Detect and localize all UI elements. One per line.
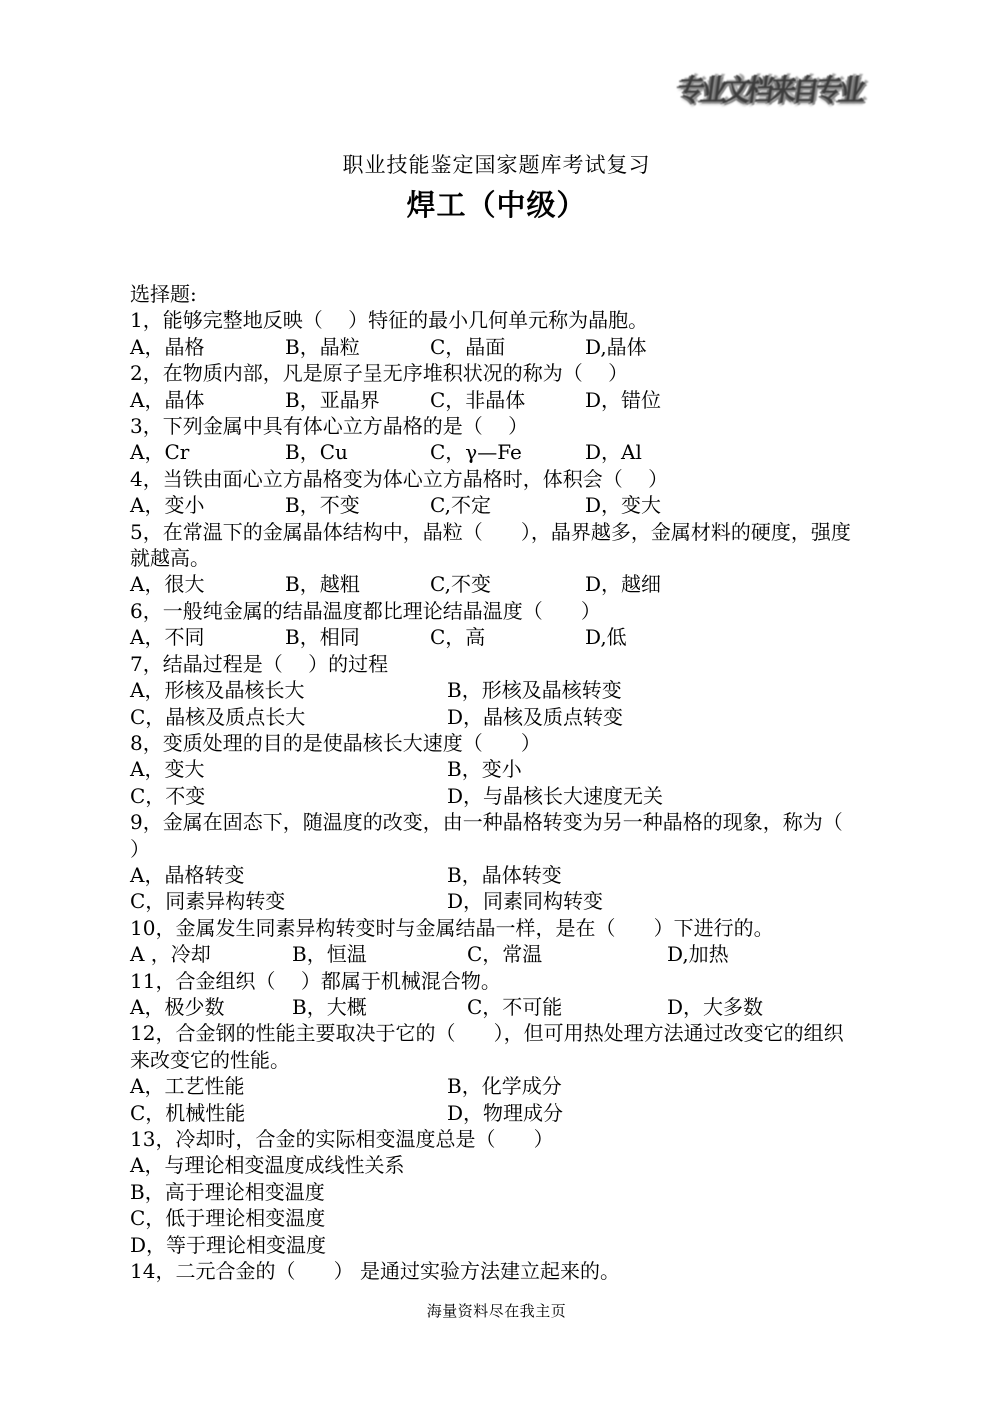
- text-segment: A，晶体: [130, 387, 285, 413]
- text-segment: A，与理论相变温度成线性关系: [130, 1153, 404, 1177]
- text-segment: A，晶格转变: [130, 862, 447, 888]
- text-segment: C，不可能: [467, 994, 667, 1020]
- text-segment: A，很大: [130, 571, 285, 597]
- text-segment: 1，能够完整地反映（ ）特征的最小几何单元称为晶胞。: [130, 308, 648, 332]
- text-segment: B，形核及晶核转变: [447, 677, 872, 703]
- option-line: A，不同B，相同C，高D,低: [130, 624, 872, 650]
- document-line: 4，当铁由面心立方晶格变为体心立方晶格时，体积会（ ）: [130, 466, 872, 492]
- text-segment: B，亚晶界: [285, 387, 430, 413]
- option-line: C，不变D，与晶核长大速度无关: [130, 783, 872, 809]
- text-segment: D，Al: [585, 439, 872, 465]
- option-line: A，极少数B，大概C，不可能D，大多数: [130, 994, 872, 1020]
- document-line: 5，在常温下的金属晶体结构中，晶粒（ ），晶界越多，金属材料的硬度，强度: [130, 519, 872, 545]
- text-segment: B，化学成分: [447, 1073, 872, 1099]
- text-segment: A，变大: [130, 756, 447, 782]
- text-segment: D，变大: [585, 492, 872, 518]
- text-segment: D,加热: [667, 941, 872, 967]
- text-segment: D，错位: [585, 387, 872, 413]
- document-line: 9，金属在固态下，随温度的改变，由一种晶格转变为另一种晶格的现象，称为（: [130, 809, 872, 835]
- text-segment: 8，变质处理的目的是使晶核长大速度（ ）: [130, 731, 541, 755]
- document-line: C，低于理论相变温度: [130, 1205, 872, 1231]
- option-line: A，晶格B，晶粒C，晶面D,晶体: [130, 334, 872, 360]
- text-segment: D，越细: [585, 571, 872, 597]
- document-title: 职业技能鉴定国家题库考试复习: [0, 149, 993, 179]
- text-segment: 6，一般纯金属的结晶温度都比理论结晶温度（ ）: [130, 599, 601, 623]
- text-segment: 4，当铁由面心立方晶格变为体心立方晶格时，体积会（ ）: [130, 467, 668, 491]
- document-line: 1，能够完整地反映（ ）特征的最小几何单元称为晶胞。: [130, 307, 872, 333]
- quiz-body: 选择题:1，能够完整地反映（ ）特征的最小几何单元称为晶胞。A，晶格B，晶粒C，…: [130, 281, 872, 1284]
- text-segment: 2，在物质内部，凡是原子呈无序堆积状况的称为（ ）: [130, 361, 628, 385]
- text-segment: 选择题:: [130, 282, 197, 306]
- option-line: A ，冷却B，恒温C，常温D,加热: [130, 941, 872, 967]
- text-segment: B，Cu: [285, 439, 430, 465]
- document-line: 3，下列金属中具有体心立方晶格的是（ ）: [130, 413, 872, 439]
- text-segment: A，晶格: [130, 334, 285, 360]
- option-line: A，工艺性能B，化学成分: [130, 1073, 872, 1099]
- document-subtitle: 焊工（中级）: [0, 183, 993, 224]
- text-segment: C，常温: [467, 941, 667, 967]
- option-line: C，机械性能D，物理成分: [130, 1100, 872, 1126]
- text-segment: C，不变: [130, 783, 447, 809]
- text-segment: B，晶体转变: [447, 862, 872, 888]
- text-segment: D，与晶核长大速度无关: [447, 783, 872, 809]
- text-segment: C，高: [430, 624, 585, 650]
- text-segment: D，物理成分: [447, 1100, 872, 1126]
- text-segment: A ，冷却: [130, 941, 292, 967]
- watermark: 专业文档来自专业: [678, 68, 878, 112]
- text-segment: A，工艺性能: [130, 1073, 447, 1099]
- text-segment: 14，二元合金的（ ） 是通过实验方法建立起来的。: [130, 1259, 620, 1283]
- option-line: C，晶核及质点长大D，晶核及质点转变: [130, 704, 872, 730]
- text-segment: 12，合金钢的性能主要取决于它的（ ），但可用热处理方法通过改变它的组织: [130, 1021, 844, 1045]
- text-segment: A，形核及晶核长大: [130, 677, 447, 703]
- document-line: 就越高。: [130, 545, 872, 571]
- text-segment: B，不变: [285, 492, 430, 518]
- text-segment: D,晶体: [585, 334, 872, 360]
- document-line: B，高于理论相变温度: [130, 1179, 872, 1205]
- text-segment: 13，冷却时，合金的实际相变温度总是（ ）: [130, 1127, 554, 1151]
- option-line: A，晶体B，亚晶界C，非晶体D，错位: [130, 387, 872, 413]
- text-segment: B，大概: [292, 994, 467, 1020]
- text-segment: 来改变它的性能。: [130, 1048, 290, 1072]
- text-segment: A，极少数: [130, 994, 292, 1020]
- text-segment: C，同素异构转变: [130, 888, 447, 914]
- document-line: 8，变质处理的目的是使晶核长大速度（ ）: [130, 730, 872, 756]
- document-line: 选择题:: [130, 281, 872, 307]
- text-segment: B，晶粒: [285, 334, 430, 360]
- document-line: 2，在物质内部，凡是原子呈无序堆积状况的称为（ ）: [130, 360, 872, 386]
- text-segment: C,不变: [430, 571, 585, 597]
- document-page: 专业文档来自专业 职业技能鉴定国家题库考试复习 焊工（中级） 选择题:1，能够完…: [0, 0, 993, 1404]
- text-segment: B，高于理论相变温度: [130, 1180, 325, 1204]
- text-segment: D,低: [585, 624, 872, 650]
- document-line: 6，一般纯金属的结晶温度都比理论结晶温度（ ）: [130, 598, 872, 624]
- text-segment: 就越高。: [130, 546, 210, 570]
- document-line: ）: [130, 836, 872, 862]
- option-line: A，变大B，变小: [130, 756, 872, 782]
- text-segment: A，不同: [130, 624, 285, 650]
- document-line: 13，冷却时，合金的实际相变温度总是（ ）: [130, 1126, 872, 1152]
- option-line: A，晶格转变B，晶体转变: [130, 862, 872, 888]
- text-segment: ）: [130, 837, 150, 861]
- option-line: C，同素异构转变D，同素同构转变: [130, 888, 872, 914]
- text-segment: C，晶核及质点长大: [130, 704, 447, 730]
- option-line: A，很大B，越粗C,不变D，越细: [130, 571, 872, 597]
- option-line: A，形核及晶核长大B，形核及晶核转变: [130, 677, 872, 703]
- text-segment: A，Cr: [130, 439, 285, 465]
- text-segment: 7，结晶过程是（ ）的过程: [130, 652, 388, 676]
- document-line: 11，合金组织（ ）都属于机械混合物。: [130, 968, 872, 994]
- document-line: 7，结晶过程是（ ）的过程: [130, 651, 872, 677]
- document-line: 来改变它的性能。: [130, 1047, 872, 1073]
- text-segment: C，晶面: [430, 334, 585, 360]
- text-segment: B，恒温: [292, 941, 467, 967]
- text-segment: D，晶核及质点转变: [447, 704, 872, 730]
- document-line: A，与理论相变温度成线性关系: [130, 1152, 872, 1178]
- text-segment: 5，在常温下的金属晶体结构中，晶粒（ ），晶界越多，金属材料的硬度，强度: [130, 520, 851, 544]
- text-segment: C，γ—Fe: [430, 439, 585, 465]
- text-segment: B，越粗: [285, 571, 430, 597]
- text-segment: D，同素同构转变: [447, 888, 872, 914]
- text-segment: C，低于理论相变温度: [130, 1206, 325, 1230]
- watermark-text: 专业文档来自专业: [675, 66, 865, 108]
- text-segment: C，非晶体: [430, 387, 585, 413]
- document-line: D，等于理论相变温度: [130, 1232, 872, 1258]
- document-line: 14，二元合金的（ ） 是通过实验方法建立起来的。: [130, 1258, 872, 1284]
- page-footer: 海量资料尽在我主页: [0, 1300, 993, 1321]
- text-segment: B，相同: [285, 624, 430, 650]
- document-line: 12，合金钢的性能主要取决于它的（ ），但可用热处理方法通过改变它的组织: [130, 1020, 872, 1046]
- option-line: A，变小B，不变C,不定D，变大: [130, 492, 872, 518]
- text-segment: C，机械性能: [130, 1100, 447, 1126]
- text-segment: D，大多数: [667, 994, 872, 1020]
- document-line: 10，金属发生同素异构转变时与金属结晶一样，是在（ ）下进行的。: [130, 915, 872, 941]
- text-segment: 11，合金组织（ ）都属于机械混合物。: [130, 969, 501, 993]
- text-segment: D，等于理论相变温度: [130, 1233, 326, 1257]
- text-segment: B，变小: [447, 756, 872, 782]
- text-segment: C,不定: [430, 492, 585, 518]
- option-line: A，CrB，CuC，γ—FeD，Al: [130, 439, 872, 465]
- text-segment: 10，金属发生同素异构转变时与金属结晶一样，是在（ ）下进行的。: [130, 916, 774, 940]
- text-segment: 9，金属在固态下，随温度的改变，由一种晶格转变为另一种晶格的现象，称为（: [130, 810, 843, 834]
- text-segment: A，变小: [130, 492, 285, 518]
- text-segment: 3，下列金属中具有体心立方晶格的是（ ）: [130, 414, 528, 438]
